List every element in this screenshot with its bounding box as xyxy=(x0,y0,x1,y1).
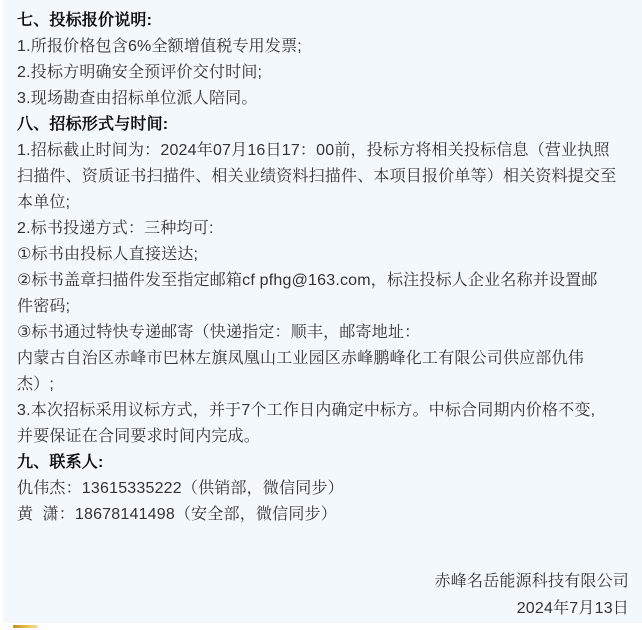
section-7-line: 1.所报价格包含6%全额增值税专用发票; xyxy=(17,34,629,60)
section-8-line: 件密码; xyxy=(17,294,629,320)
section-7-line: 2.投标方明确安全预评价交付时间; xyxy=(17,60,629,86)
contact-line-1: 仇伟杰：13615335222（供销部，微信同步） xyxy=(17,476,629,502)
section-7-line: 3.现场勘查由招标单位派人陪同。 xyxy=(17,86,629,112)
section-8-line-address: 内蒙古自治区赤峰市巴林左旗凤凰山工业园区赤峰鹏峰化工有限公司供应部仇伟 xyxy=(17,346,629,372)
signature-company: 赤峰名岳能源科技有限公司 xyxy=(17,568,629,595)
section-8-line-method-1: ①标书由投标人直接送达; xyxy=(17,242,629,268)
bottom-strip xyxy=(0,623,642,630)
signature-gap xyxy=(17,528,629,568)
section-8-heading: 八、招标形式与时间: xyxy=(17,112,629,138)
section-8-line-method-2-email: ②标书盖章扫描件发至指定邮箱cf pfhg@163.com，标注投标人企业名称并… xyxy=(17,268,629,294)
document-panel: 七、投标报价说明: 1.所报价格包含6%全额增值税专用发票; 2.投标方明确安全… xyxy=(3,0,642,623)
section-8-line: 本单位; xyxy=(17,190,629,216)
section-8-line-delivery-methods: 2.标书投递方式：三种均可: xyxy=(17,216,629,242)
section-9-heading: 九、联系人: xyxy=(17,450,629,476)
section-8-line: 并要保证在合同要求时间内完成。 xyxy=(17,424,629,450)
signature-date: 2024年7月13日 xyxy=(17,595,629,622)
section-8-line: 杰）; xyxy=(17,372,629,398)
document-page: 七、投标报价说明: 1.所报价格包含6%全额增值税专用发票; 2.投标方明确安全… xyxy=(0,0,642,630)
section-8-line-method-3-courier: ③标书通过特快专递邮寄（快递指定：顺丰，邮寄地址： xyxy=(17,320,629,346)
section-8-line: 3.本次招标采用议标方式，并于7个工作日内确定中标方。中标合同期内价格不变, xyxy=(17,398,629,424)
document-content: 七、投标报价说明: 1.所报价格包含6%全额增值税专用发票; 2.投标方明确安全… xyxy=(17,8,629,622)
section-8-line-deadline: 1.招标截止时间为：2024年07月16日17：00前，投标方将相关投标信息（营… xyxy=(17,138,629,164)
gold-accent-bar xyxy=(13,625,38,628)
section-8-line: 扫描件、资质证书扫描件、相关业绩资料扫描件、本项目报价单等）相关资料提交至 xyxy=(17,164,629,190)
section-7-heading: 七、投标报价说明: xyxy=(17,8,629,34)
contact-line-2: 黄 潇：18678141498（安全部，微信同步） xyxy=(17,502,629,528)
